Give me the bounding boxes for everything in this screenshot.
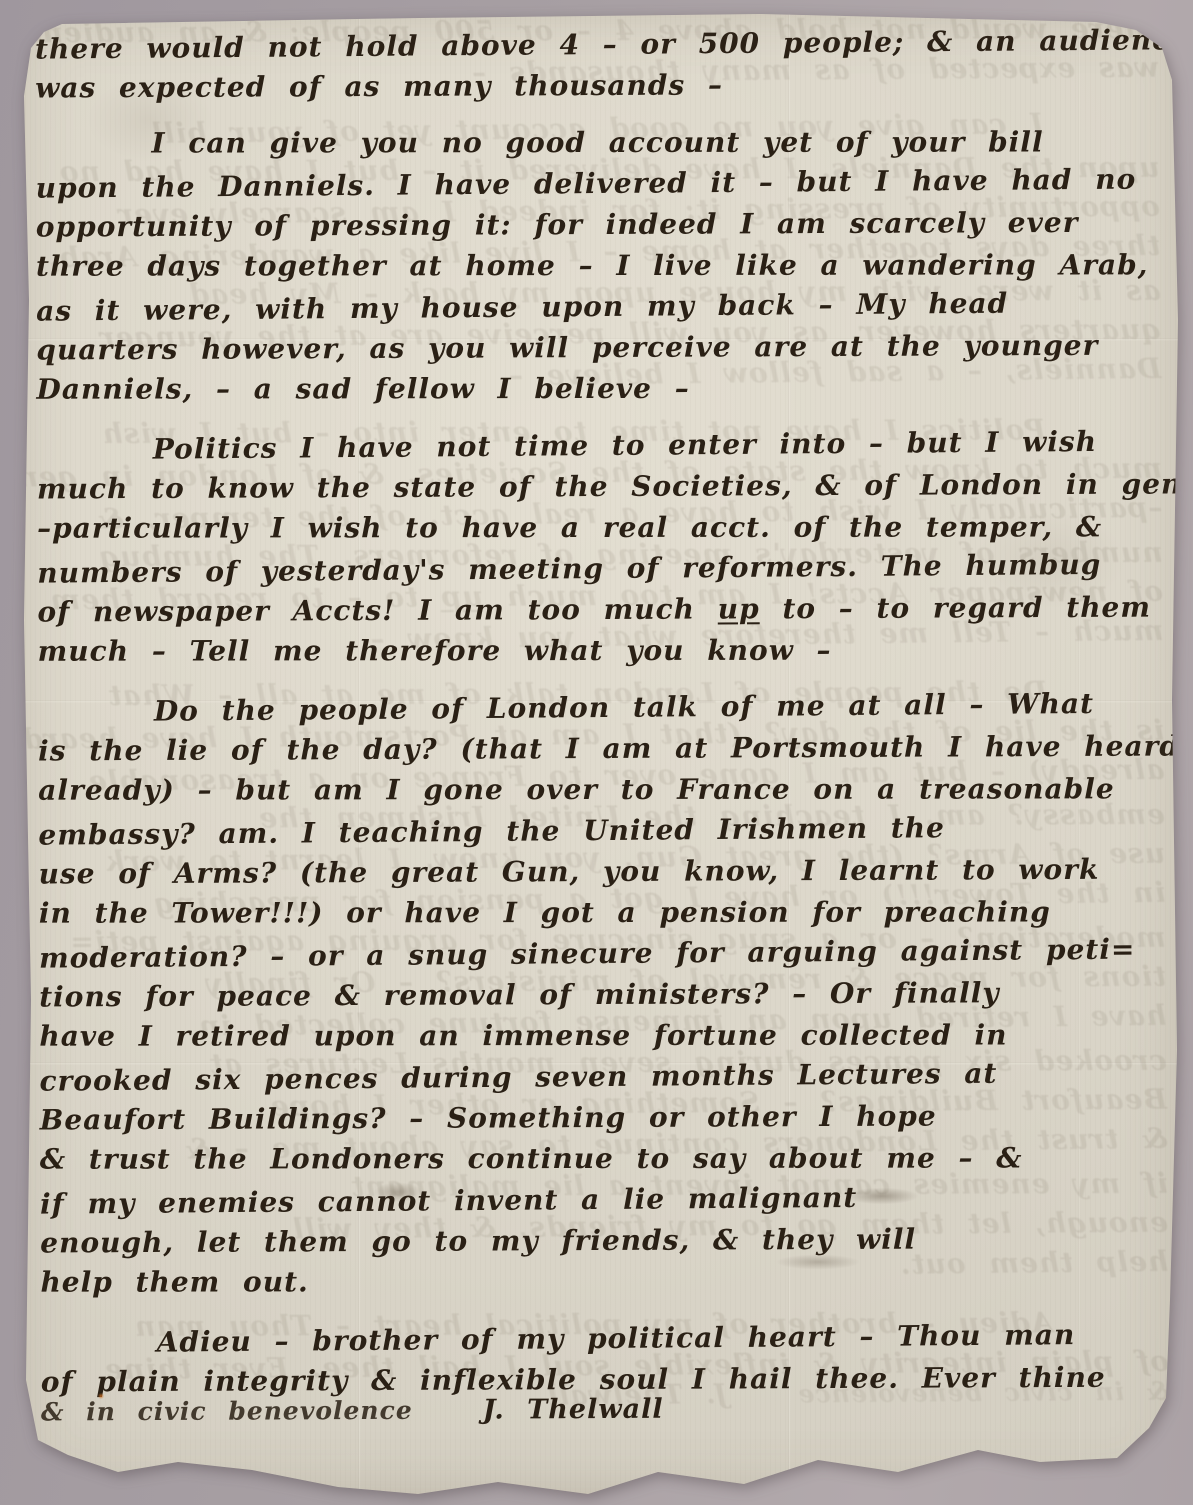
letter-body: there would not hold above 4 – or 500 pe…: [35, 22, 1168, 1430]
letter-line: –particularly I wish to have a real acct…: [37, 506, 1164, 548]
letter-line: is the lie of the day? (that I am at Por…: [38, 726, 1165, 772]
photograph-background: there would not hold above 4 – or 500 pe…: [0, 0, 1193, 1505]
letter-line: as it were, with my house upon my back –…: [36, 281, 1163, 331]
letter-lines: there would not hold above 4 – or 500 pe…: [35, 22, 1168, 1403]
letter-line: tions for peace & removal of ministers? …: [39, 972, 1166, 1018]
letter-line: if my enemies cannot invent a lie malign…: [40, 1174, 1167, 1224]
letter-line: numbers of yesterday's meeting of reform…: [37, 543, 1164, 593]
letter-line: I can give you no good account yet of yo…: [35, 121, 1162, 163]
letter-line: help them out.: [40, 1260, 1167, 1302]
letter-line: there would not hold above 4 – or 500 pe…: [35, 19, 1162, 69]
letter-line: upon the Danniels. I have delivered it –…: [35, 158, 1162, 208]
letter-page-wrap: there would not hold above 4 – or 500 pe…: [0, 0, 1193, 1505]
letter-line: use of Arms? (the great Gun, you know, I…: [39, 849, 1166, 895]
letter-line: already) – but am I gone over to France …: [38, 768, 1165, 810]
letter-line: have I retired upon an immense fortune c…: [39, 1014, 1166, 1056]
letter-page: there would not hold above 4 – or 500 pe…: [0, 0, 1193, 1505]
letter-line: of newspaper Accts! I am too much up to …: [37, 587, 1164, 633]
signature: J. Thelwall: [483, 1393, 664, 1428]
letter-line: & trust the Londoners continue to say ab…: [40, 1137, 1167, 1179]
letter-line: embassy? am. I teaching the United Irish…: [38, 805, 1165, 855]
letter-line: Danniels, – a sad fellow I believe –: [37, 367, 1164, 409]
letter-line: Do the people of London talk of me at al…: [38, 682, 1165, 732]
letter-line: Adieu – brother of my political heart – …: [41, 1313, 1168, 1363]
letter-line: enough, let them go to my friends, & the…: [40, 1218, 1167, 1264]
letter-line: much – Tell me therefore what you know –: [38, 629, 1165, 671]
letter-line: moderation? – or a snug sinecure for arg…: [39, 928, 1166, 978]
letter-line: opportunity of pressing it: for indeed I…: [36, 202, 1163, 248]
letter-line: much to know the state of the Societies,…: [37, 464, 1164, 510]
letter-line: in the Tower!!!) or have I got a pension…: [39, 891, 1166, 933]
letter-line: quarters however, as you will perceive a…: [36, 325, 1163, 371]
letter-line: was expected of as many thousands –: [35, 63, 1162, 109]
letter-line: Beaufort Buildings? – Something or other…: [40, 1095, 1167, 1141]
letter-line: three days together at home – I live lik…: [36, 244, 1163, 286]
letter-line: Politics I have not time to enter into –…: [37, 420, 1164, 470]
closing-text: & in civic benevolence: [41, 1394, 413, 1430]
letter-line: crooked six pences during seven months L…: [39, 1051, 1166, 1101]
